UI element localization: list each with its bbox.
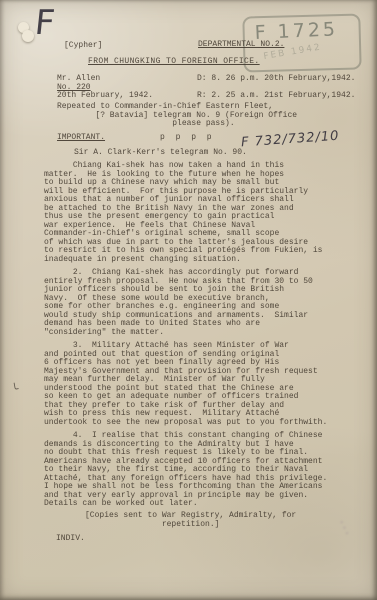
telegram-paragraph: 4. I realise that this constant changing… <box>44 432 364 509</box>
telegram-body: Chiang Kai-shek has now taken a hand in … <box>44 162 364 514</box>
copies-note: [Copies sent to War Registry, Admiralty,… <box>85 512 296 529</box>
repeated-to-note: Repeated to Commander-in-Chief Eastern F… <box>57 103 297 129</box>
file-letter-annotation: F <box>33 6 56 40</box>
telegram-paragraph: 3. Military Attaché has seen Minister of… <box>44 342 364 427</box>
received-time: R: 2. 25 a.m. 21st February,1942. <box>197 92 355 101</box>
document-page: F F 1725 FEB 1942 [Cypher] DEPARTMENTAL … <box>0 0 377 600</box>
departmental-number: DEPARTMENTAL NO.2. <box>198 41 284 50</box>
faint-ink-stamp: ··· <box>291 518 368 591</box>
file-number-annotation: F 732/732/10 <box>241 129 340 151</box>
priority-label: IMPORTANT. <box>57 134 105 143</box>
reference-line: Sir A. Clark-Kerr's telegram No. 90. <box>74 149 247 158</box>
distribution-code: INDIV. <box>56 535 85 544</box>
procedure-code: p p p p <box>160 134 215 143</box>
telegram-paragraph: 2. Chiang Kai-shek has accordingly put f… <box>44 269 364 337</box>
paper-hole <box>18 22 34 42</box>
despatched-time: D: 8. 26 p.m. 20th February,1942. <box>197 75 355 84</box>
cypher-label: [Cypher] <box>64 42 102 51</box>
telegram-date: 20th February, 1942. <box>57 92 153 101</box>
margin-pencil-mark: ╰ <box>11 383 20 397</box>
document-title: FROM CHUNGKING TO FOREIGN OFFICE. <box>88 58 260 67</box>
telegram-paragraph: Chiang Kai-shek has now taken a hand in … <box>44 162 364 264</box>
